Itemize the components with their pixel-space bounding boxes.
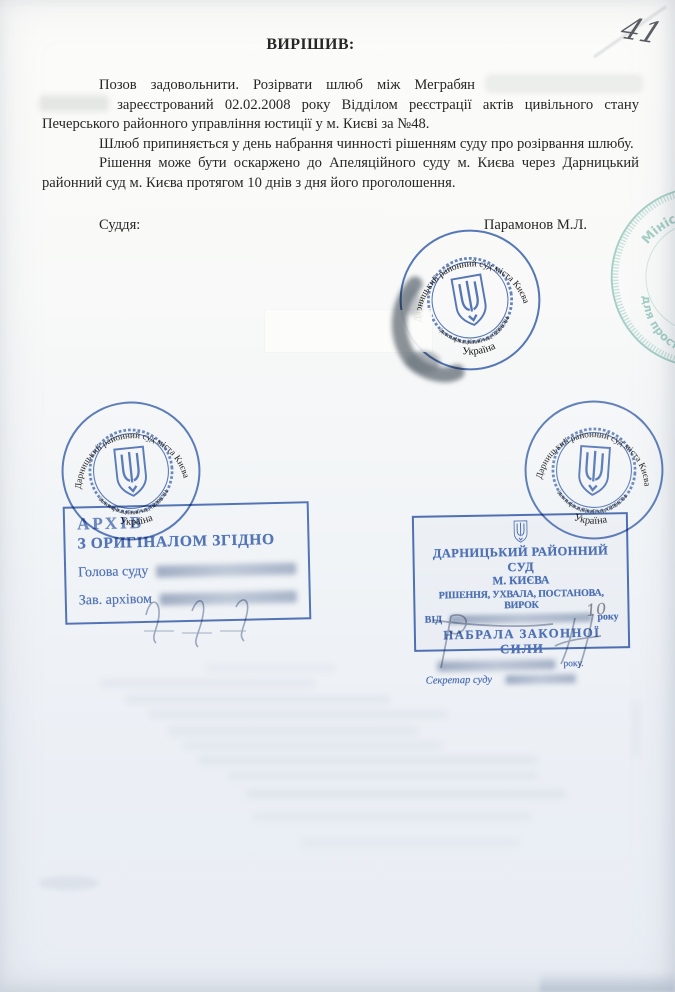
- faint-smudge: [38, 876, 100, 890]
- ministry-arc-top: Міністерство: [635, 196, 675, 250]
- handwritten-page-number: 41: [615, 12, 667, 51]
- scan-shadow-bottom-right: [540, 972, 675, 992]
- svg-text:для проставл: для проставл: [638, 285, 675, 370]
- archive-stamp-subtitle: З ОРИГІНАЛОМ ЗГІДНО: [77, 531, 295, 554]
- redacted-name-area: [489, 78, 639, 89]
- operative-text-before-redaction: Позов задовольнити. Розірвати шлюб між М…: [99, 77, 475, 93]
- paragraph-operative: Позов задовольнити. Розірвати шлюб між М…: [42, 76, 639, 135]
- decision-heading: ВИРІШИВ:: [42, 36, 579, 54]
- ministry-arc-bottom: для проставл: [638, 285, 675, 370]
- paragraph-marriage-termination: Шлюб припиняється у день набрання чиннос…: [42, 135, 639, 155]
- scanned-court-decision-page: ВИРІШИВ: Позов задовольнити. Розірвати ш…: [0, 0, 675, 992]
- svg-text:Міністерство: Міністерство: [635, 196, 675, 250]
- trident-emblem-icon: [578, 446, 610, 496]
- handwritten-signature-secretary: [425, 596, 655, 681]
- redacted-name-area-2: [42, 98, 106, 109]
- operative-text-after-redaction: зареєстрований 02.02.2008 року Відділом …: [42, 97, 639, 133]
- handwritten-year-note: 10: [585, 599, 608, 620]
- ink-smudge: [383, 272, 495, 390]
- decision-text-block: ВИРІШИВ: Позов задовольнити. Розірвати ш…: [42, 36, 639, 234]
- judge-signature-row: Суддя: Парамонов М.Л.: [42, 217, 639, 234]
- handwritten-signature-archive: [140, 585, 310, 655]
- paragraph-appeal-rights: Рішення може бути оскаржено до Апеляційн…: [42, 154, 639, 193]
- court-head-label: Голова суду: [78, 564, 148, 582]
- force-stamp-court-line2: М. КИЄВА: [424, 573, 618, 588]
- judge-label: Суддя:: [99, 217, 140, 234]
- trident-emblem-icon: [114, 447, 148, 498]
- court-head-signature-row: Голова суду: [78, 561, 296, 582]
- blurred-signature: [156, 563, 296, 578]
- trident-emblem-icon: [511, 520, 528, 544]
- force-stamp-court-line1: ДАРНИЦЬКИЙ РАЙОННИЙ СУД: [423, 543, 617, 576]
